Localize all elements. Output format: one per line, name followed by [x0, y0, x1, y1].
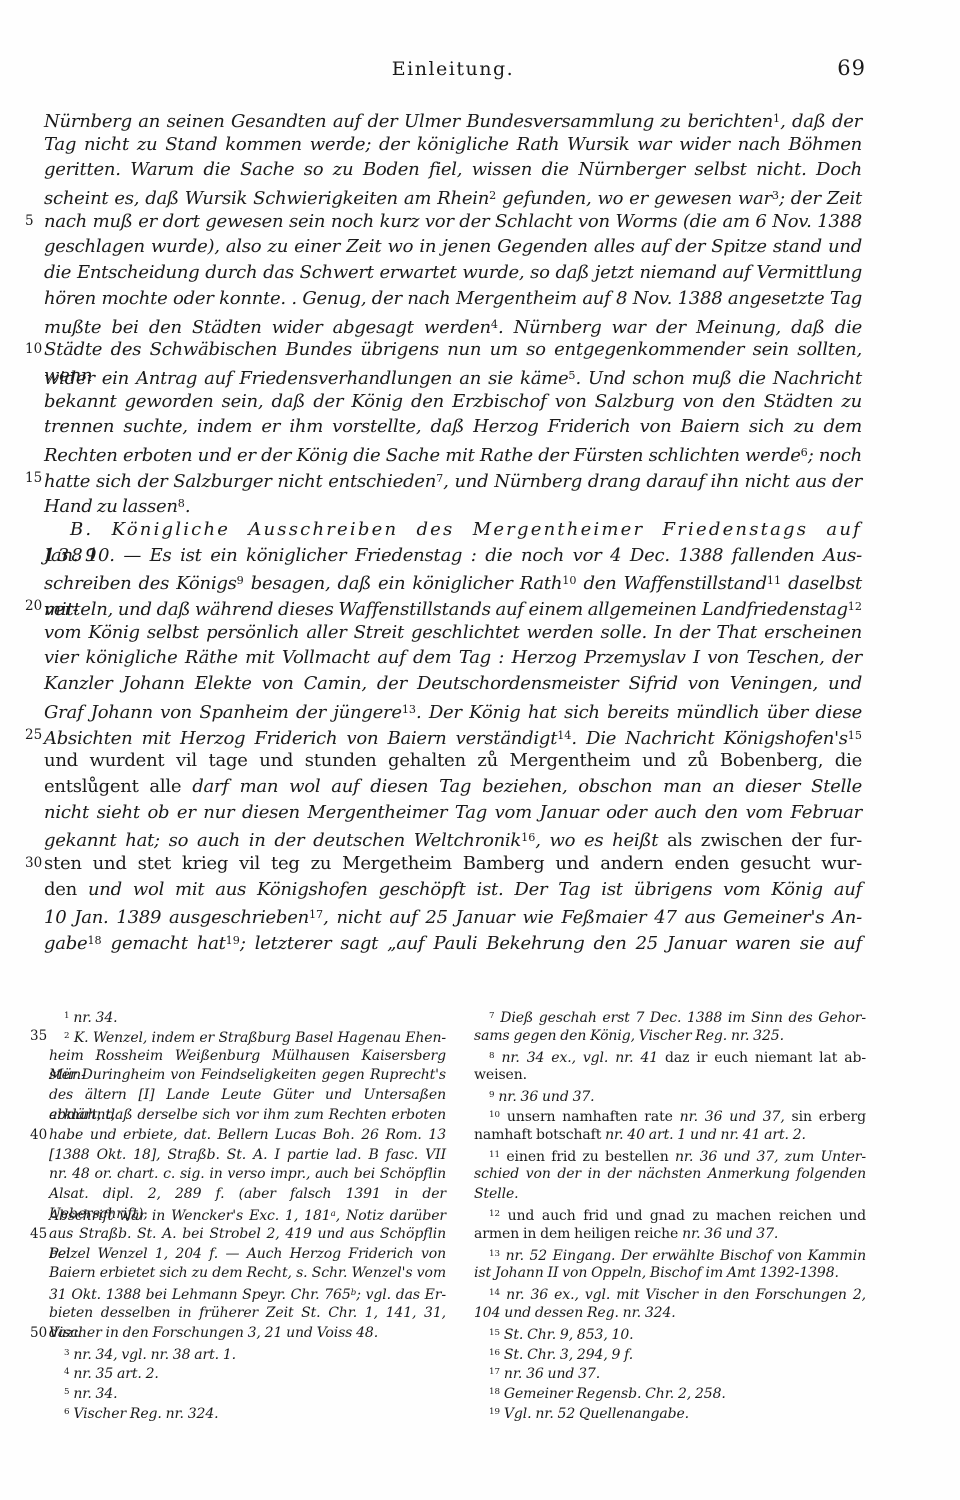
- text-segment: nr. 52 Eingang. Der erwählte Bischof von…: [500, 1247, 866, 1263]
- text-segment: nach muß er dort gewesen sein noch kurz …: [44, 211, 862, 232]
- text-segment: besagen, daß ein königlicher Rath: [244, 573, 563, 594]
- footnote-marker: 12: [848, 600, 862, 613]
- text-segment: weisen.: [474, 1067, 527, 1083]
- footnote-line: 3 nr. 34, vgl. nr. 38 art. 1.: [49, 1344, 446, 1364]
- footnote-line: 15 St. Chr. 9, 853, 10.: [474, 1324, 866, 1344]
- line-number: 45: [30, 1225, 47, 1245]
- line-number: 50: [30, 1324, 47, 1344]
- footnote-marker: 10: [489, 1110, 500, 1120]
- footnote-marker: 14: [557, 729, 571, 742]
- text-segment: Pelzel Wenzel 1, 204 f. — Auch Herzog Fr…: [49, 1246, 446, 1262]
- footnote-line: Baiern erbietet sich zu dem Recht, s. Sc…: [49, 1264, 446, 1284]
- footnote-line: Stelle.: [474, 1185, 866, 1205]
- footnote-marker: 3: [772, 189, 779, 202]
- footnote-line: 17 nr. 36 und 37.: [474, 1363, 866, 1383]
- text-segment: Tag nicht zu Stand kommen werde; der kön…: [44, 134, 862, 155]
- line-number: 5: [25, 209, 34, 235]
- text-segment: [1388 Okt. 18], Straßb. St. A. I partie …: [49, 1147, 446, 1163]
- text-segment: habe und erbiete, dat. Bellern Lucas Boh…: [49, 1127, 446, 1143]
- footnote-line: 6 Vischer Reg. nr. 324.: [49, 1403, 446, 1423]
- text-segment: ; noch: [808, 445, 862, 466]
- text-segment: nr. 36 ex., vgl. mit Vischer in den Fors…: [500, 1287, 866, 1303]
- text-line: Graf Johann von Spanheim der jüngere13. …: [44, 697, 862, 723]
- footnote-marker: 17: [309, 908, 323, 921]
- footnote-line: 45aus Straßb. St. A. bei Strobel 2, 419 …: [49, 1225, 446, 1245]
- text-line: vom König selbst persönlich aller Streit…: [44, 620, 862, 646]
- text-line: 15hatte sich der Salzburger nicht entsch…: [44, 466, 862, 492]
- text-segment: nr. 34.: [70, 1386, 118, 1402]
- text-segment: Kanzler Johann Elekte von Camin, der Deu…: [44, 673, 862, 694]
- footnote-line: namhaft botschaft nr. 40 art. 1 und nr. …: [474, 1126, 866, 1146]
- text-segment: daz ir euch niemant lat ab-: [665, 1049, 866, 1065]
- footnote-line: 4 nr. 35 art. 2.: [49, 1363, 446, 1383]
- text-segment: Vischer in den Forschungen 3, 21 und Voi…: [49, 1325, 378, 1341]
- text-segment: ster Duringheim von Feindseligkeiten geg…: [49, 1067, 446, 1083]
- footnote-line: 9 nr. 36 und 37.: [474, 1086, 866, 1106]
- text-segment: nr. 36 und 37.: [500, 1366, 600, 1382]
- text-segment: , nicht auf 25 Januar wie Feßmaier 47 au…: [323, 907, 862, 928]
- footnote-marker: 16: [489, 1348, 500, 1358]
- text-segment: nr. 40 art. 1 und nr. 41 art. 2.: [605, 1127, 806, 1143]
- text-line: B. Königliche Ausschreiben des Mergenthe…: [44, 517, 862, 543]
- text-segment: . Der König hat sich bereits mündlich üb…: [416, 702, 862, 723]
- text-segment: . Und schon muß die Nachricht: [576, 368, 862, 389]
- footnote-line: 1 nr. 34.: [49, 1007, 446, 1027]
- text-segment: scheint es, daß Wursik Schwierigkeiten a…: [44, 188, 489, 209]
- footnote-line: [1388 Okt. 18], Straßb. St. A. I partie …: [49, 1146, 446, 1166]
- text-segment: und wol mit aus Königshofen geschöpft is…: [88, 879, 862, 900]
- text-line: geschlagen wurde), also zu einer Zeit wo…: [44, 234, 862, 260]
- footnote-line: erklärt, daß derselbe sich vor ihm zum R…: [49, 1106, 446, 1126]
- text-segment: Absichten mit Herzog Friderich von Baier…: [44, 728, 557, 749]
- line-number: 10: [25, 337, 42, 363]
- footnote-line: 18 Gemeiner Regensb. Chr. 2, 258.: [474, 1383, 866, 1403]
- text-line: nicht sieht ob er nur diesen Mergentheim…: [44, 800, 862, 826]
- text-segment: geschlagen wurde), also zu einer Zeit wo…: [44, 236, 862, 257]
- text-segment: gemacht hat: [102, 933, 226, 954]
- text-segment: Hand zu lassen: [44, 496, 178, 517]
- text-segment: Vgl. nr. 52 Quellenangabe.: [500, 1406, 689, 1422]
- text-segment: ; letzterer sagt „auf Pauli Bekehrung de…: [240, 933, 862, 954]
- text-segment: sin erberg: [785, 1109, 866, 1125]
- text-segment: schreiben des Königs: [44, 573, 237, 594]
- text-segment: ; der Zeit: [779, 188, 862, 209]
- text-segment: mitteln, und daß während dieses Waffenst…: [44, 599, 848, 620]
- line-number: 30: [25, 851, 42, 877]
- text-line: bekannt geworden sein, daß der König den…: [44, 389, 862, 415]
- text-segment: , und Nürnberg drang darauf ihn nicht au…: [443, 471, 862, 492]
- text-line: wider ein Antrag auf Friedensverhandlung…: [44, 363, 862, 389]
- text-line: gabe18 gemacht hat19; letzterer sagt „au…: [44, 928, 862, 954]
- footnote-marker: 14: [489, 1288, 500, 1298]
- text-segment: Dieß geschah erst 7 Dec. 1388 im Sinn de…: [495, 1010, 866, 1026]
- text-segment: Vischer Reg. nr. 324.: [70, 1406, 219, 1422]
- text-line: Nürnberg an seinen Gesandten auf der Ulm…: [44, 106, 862, 132]
- footnote-marker: 11: [767, 574, 781, 587]
- page-number: 69: [837, 56, 866, 80]
- line-number: 35: [30, 1027, 47, 1047]
- text-segment: Abschrift war in Wencker's Exc. 1, 181: [49, 1208, 331, 1224]
- text-segment: trennen suchte, indem er ihm vorstellte,…: [44, 416, 862, 437]
- footnote-line: sams gegen den König, Vischer Reg. nr. 3…: [474, 1027, 866, 1047]
- text-segment: Gemeiner Regensb. Chr. 2, 258.: [500, 1386, 726, 1402]
- text-segment: namhaft botschaft: [474, 1127, 605, 1143]
- footnote-line: schied von der in der nächsten Anmerkung…: [474, 1165, 866, 1185]
- text-segment: Baiern erbietet sich zu dem Recht, s. Sc…: [49, 1265, 446, 1281]
- text-segment: die Entscheidung durch das Schwert erwar…: [44, 262, 862, 283]
- footnote-line: 5 nr. 34.: [49, 1383, 446, 1403]
- footnote-line: 14 nr. 36 ex., vgl. mit Vischer in den F…: [474, 1284, 866, 1304]
- text-line: vier königliche Räthe mit Vollmacht auf …: [44, 645, 862, 671]
- text-line: 20mitteln, und daß während dieses Waffen…: [44, 594, 862, 620]
- text-line: gekannt hat; so auch in der deutschen We…: [44, 825, 862, 851]
- text-line: trennen suchte, indem er ihm vorstellte,…: [44, 414, 862, 440]
- text-segment: . Die Nachricht Königshofen's: [571, 728, 847, 749]
- running-head: Einleitung. 69: [44, 58, 862, 86]
- footnote-marker: 9: [237, 574, 244, 587]
- page-title: Einleitung.: [392, 58, 514, 80]
- text-line: Hand zu lassen8.: [44, 491, 862, 517]
- footnote-line: armen in dem heiligen reiche nr. 36 und …: [474, 1225, 866, 1245]
- text-segment: und auch frid und gnad zu machen reichen…: [500, 1208, 866, 1224]
- text-segment: armen in dem heiligen reiche: [474, 1226, 682, 1242]
- text-line: und wurdent vil tage und stunden gehalte…: [44, 748, 862, 774]
- text-segment: schied von der in der nächsten Anmerkung…: [474, 1166, 866, 1182]
- text-line: die Entscheidung durch das Schwert erwar…: [44, 260, 862, 286]
- footnote-line: 352 K. Wenzel, indem er Straßburg Basel …: [49, 1027, 446, 1047]
- line-number: 25: [25, 723, 42, 749]
- text-segment: als zwischen der fur-: [667, 830, 862, 851]
- text-segment: Rechten erboten und er der König die Sac…: [44, 445, 801, 466]
- text-segment: .: [185, 496, 190, 517]
- text-segment: , daß der: [780, 111, 862, 132]
- text-line: Tag nicht zu Stand kommen werde; der kön…: [44, 132, 862, 158]
- footnote-marker: 19: [489, 1407, 500, 1417]
- text-segment: nicht sieht ob er nur diesen Mergentheim…: [44, 802, 862, 823]
- text-segment: 104 und dessen Reg. nr. 324.: [474, 1305, 676, 1321]
- footnote-line: nr. 48 or. chart. c. sig. in verso impr.…: [49, 1165, 446, 1185]
- footnote-line: 13 nr. 52 Eingang. Der erwählte Bischof …: [474, 1245, 866, 1265]
- text-segment: , Notiz darüber: [336, 1208, 446, 1224]
- footnote-marker: 13: [402, 703, 416, 716]
- text-segment: gefunden, wo er gewesen war: [496, 188, 772, 209]
- footnotes-right-column: 7 Dieß geschah erst 7 Dec. 1388 im Sinn …: [474, 1007, 866, 1423]
- text-segment: sams gegen den König, Vischer Reg. nr. 3…: [474, 1028, 784, 1044]
- footnote-line: Pelzel Wenzel 1, 204 f. — Auch Herzog Fr…: [49, 1245, 446, 1265]
- footnote-line: 16 St. Chr. 3, 294, 9 f.: [474, 1344, 866, 1364]
- text-line: Jan. 10. — Es ist ein königlicher Friede…: [44, 543, 862, 569]
- text-segment: K. Wenzel, indem er Straßburg Basel Hage…: [70, 1030, 446, 1046]
- footnote-line: 50Vischer in den Forschungen 3, 21 und V…: [49, 1324, 446, 1344]
- text-segment: Jan. 10. — Es ist ein königlicher Friede…: [44, 545, 862, 566]
- footnote-marker: 15: [848, 729, 862, 742]
- text-segment: 31 Okt. 1388 bei Lehmann Speyr. Chr. 765: [49, 1287, 351, 1303]
- text-segment: nr. 34.: [70, 1010, 118, 1026]
- text-line: mußte bei den Städten wider abgesagt wer…: [44, 312, 862, 338]
- text-segment: mußte bei den Städten wider abgesagt wer…: [44, 317, 491, 338]
- text-segment: nr. 36 und 37,: [680, 1109, 785, 1125]
- footnote-line: 19 Vgl. nr. 52 Quellenangabe.: [474, 1403, 866, 1423]
- footnote-marker: 18: [87, 934, 101, 947]
- text-segment: nr. 36 und 37, zum Unter-: [675, 1148, 866, 1164]
- footnote-line: 11 einen frid zu bestellen nr. 36 und 37…: [474, 1146, 866, 1166]
- footnote-line: 31 Okt. 1388 bei Lehmann Speyr. Chr. 765…: [49, 1284, 446, 1304]
- text-segment: erklärt, daß derselbe sich vor ihm zum R…: [49, 1107, 446, 1123]
- footnote-marker: 4: [491, 318, 498, 331]
- line-number: 40: [30, 1126, 47, 1146]
- text-segment: nr. 48 or. chart. c. sig. in verso impr.…: [49, 1166, 446, 1182]
- footnote-marker: 16: [521, 831, 535, 844]
- text-line: geritten. Warum die Sache so zu Boden fi…: [44, 157, 862, 183]
- text-segment: bekannt geworden sein, daß der König den…: [44, 391, 862, 412]
- text-segment: den Waffenstillstand: [576, 573, 766, 594]
- text-line: Rechten erboten und er der König die Sac…: [44, 440, 862, 466]
- text-segment: geritten. Warum die Sache so zu Boden fi…: [44, 159, 862, 180]
- text-segment: den: [44, 879, 88, 900]
- text-segment: hören mochte oder konnte. . Genug, der n…: [44, 288, 862, 309]
- text-segment: entslůgent alle: [44, 776, 192, 797]
- footnote-marker: 17: [489, 1367, 500, 1377]
- footnotes-left-column: 1 nr. 34.352 K. Wenzel, indem er Straßbu…: [49, 1007, 446, 1423]
- text-segment: St. Chr. 3, 294, 9 f.: [500, 1346, 633, 1362]
- text-segment: nr. 36 und 37.: [495, 1089, 595, 1105]
- text-line: hören mochte oder konnte. . Genug, der n…: [44, 286, 862, 312]
- text-line: schreiben des Königs9 besagen, daß ein k…: [44, 568, 862, 594]
- text-segment: St. Chr. 9, 853, 10.: [500, 1327, 633, 1343]
- footnote-line: 12 und auch frid und gnad zu machen reic…: [474, 1205, 866, 1225]
- text-segment: vom König selbst persönlich aller Streit…: [44, 622, 862, 643]
- book-page: Einleitung. 69 Nürnberg an seinen Gesand…: [0, 0, 960, 1500]
- footnote-line: 7 Dieß geschah erst 7 Dec. 1388 im Sinn …: [474, 1007, 866, 1027]
- footnote-marker: 1: [773, 112, 780, 125]
- text-segment: Nürnberg an seinen Gesandten auf der Ulm…: [44, 111, 773, 132]
- text-segment: gekannt hat; so auch in der deutschen We…: [44, 830, 521, 851]
- footnote-line: des ältern [I] Lande Leute Güter und Unt…: [49, 1086, 446, 1106]
- footnote-line: Abschrift war in Wencker's Exc. 1, 181a,…: [49, 1205, 446, 1225]
- text-segment: nr. 34, vgl. nr. 38 art. 1.: [70, 1346, 236, 1362]
- footnote-line: ist Johann II von Oppeln, Bischof im Amt…: [474, 1264, 866, 1284]
- footnote-marker: 6: [801, 446, 808, 459]
- text-segment: , wo es heißt: [535, 830, 667, 851]
- footnote-marker: 11: [489, 1150, 500, 1160]
- text-line: entslůgent alle darf man wol auf diesen …: [44, 774, 862, 800]
- text-segment: nr. 36 und 37.: [682, 1226, 778, 1242]
- main-text: Nürnberg an seinen Gesandten auf der Ulm…: [44, 106, 862, 954]
- text-line: 10 Jan. 1389 ausgeschrieben17, nicht auf…: [44, 902, 862, 928]
- text-line: scheint es, daß Wursik Schwierigkeiten a…: [44, 183, 862, 209]
- text-segment: vier königliche Räthe mit Vollmacht auf …: [44, 647, 862, 668]
- text-line: Kanzler Johann Elekte von Camin, der Deu…: [44, 671, 862, 697]
- footnote-marker: 19: [226, 934, 240, 947]
- text-line: 25Absichten mit Herzog Friderich von Bai…: [44, 723, 862, 749]
- footnote-marker: 18: [489, 1387, 500, 1397]
- text-segment: wider ein Antrag auf Friedensverhandlung…: [44, 368, 568, 389]
- text-segment: gabe: [44, 933, 87, 954]
- footnote-marker: 8: [178, 497, 185, 510]
- footnote-line: weisen.: [474, 1066, 866, 1086]
- footnote-line: 40habe und erbiete, dat. Bellern Lucas B…: [49, 1126, 446, 1146]
- text-segment: 10 Jan. 1389 ausgeschrieben: [44, 907, 309, 928]
- line-number: 20: [25, 594, 42, 620]
- text-segment: . Nürnberg war der Meinung, daß die: [498, 317, 862, 338]
- footnote-marker: 13: [489, 1249, 500, 1259]
- footnote-marker: 5: [568, 369, 575, 382]
- text-line: 30sten und stet krieg vil teg zu Mergeth…: [44, 851, 862, 877]
- text-line: 5nach muß er dort gewesen sein noch kurz…: [44, 209, 862, 235]
- footnote-line: bieten desselben in früherer Zeit St. Ch…: [49, 1304, 446, 1324]
- text-segment: einen frid zu bestellen: [500, 1148, 675, 1164]
- text-segment: und wurdent vil tage und stunden gehalte…: [44, 750, 862, 771]
- footnote-line: 104 und dessen Reg. nr. 324.: [474, 1304, 866, 1324]
- text-segment: Stelle.: [474, 1186, 519, 1202]
- line-number: 15: [25, 466, 42, 492]
- text-segment: nr. 35 art. 2.: [70, 1366, 159, 1382]
- text-segment: ist Johann II von Oppeln, Bischof im Amt…: [474, 1265, 839, 1281]
- text-segment: nr. 34 ex., vgl. nr. 41: [495, 1049, 665, 1065]
- text-segment: hatte sich der Salzburger nicht entschie…: [44, 471, 436, 492]
- footnote-line: heim Rossheim Weißenburg Mülhausen Kaise…: [49, 1047, 446, 1067]
- text-segment: ; vgl. das Er-: [356, 1287, 446, 1303]
- text-segment: darf man wol auf diesen Tag beziehen, ob…: [192, 776, 862, 797]
- text-line: 10Städte des Schwäbischen Bundes übrigen…: [44, 337, 862, 363]
- text-line: den und wol mit aus Königshofen geschöpf…: [44, 877, 862, 903]
- footnote-line: 8 nr. 34 ex., vgl. nr. 41 daz ir euch ni…: [474, 1047, 866, 1067]
- text-segment: sten und stet krieg vil teg zu Mergethei…: [44, 853, 862, 874]
- footnote-line: 10 unsern namhaften rate nr. 36 und 37, …: [474, 1106, 866, 1126]
- footnote-line: ster Duringheim von Feindseligkeiten geg…: [49, 1066, 446, 1086]
- text-segment: Graf Johann von Spanheim der jüngere: [44, 702, 402, 723]
- text-segment: unsern namhaften rate: [500, 1109, 680, 1125]
- footnote-line: Alsat. dipl. 2, 289 f. (aber falsch 1391…: [49, 1185, 446, 1205]
- footnote-marker: 12: [489, 1209, 500, 1219]
- footnote-marker: 10: [562, 574, 576, 587]
- footnote-marker: 15: [489, 1328, 500, 1338]
